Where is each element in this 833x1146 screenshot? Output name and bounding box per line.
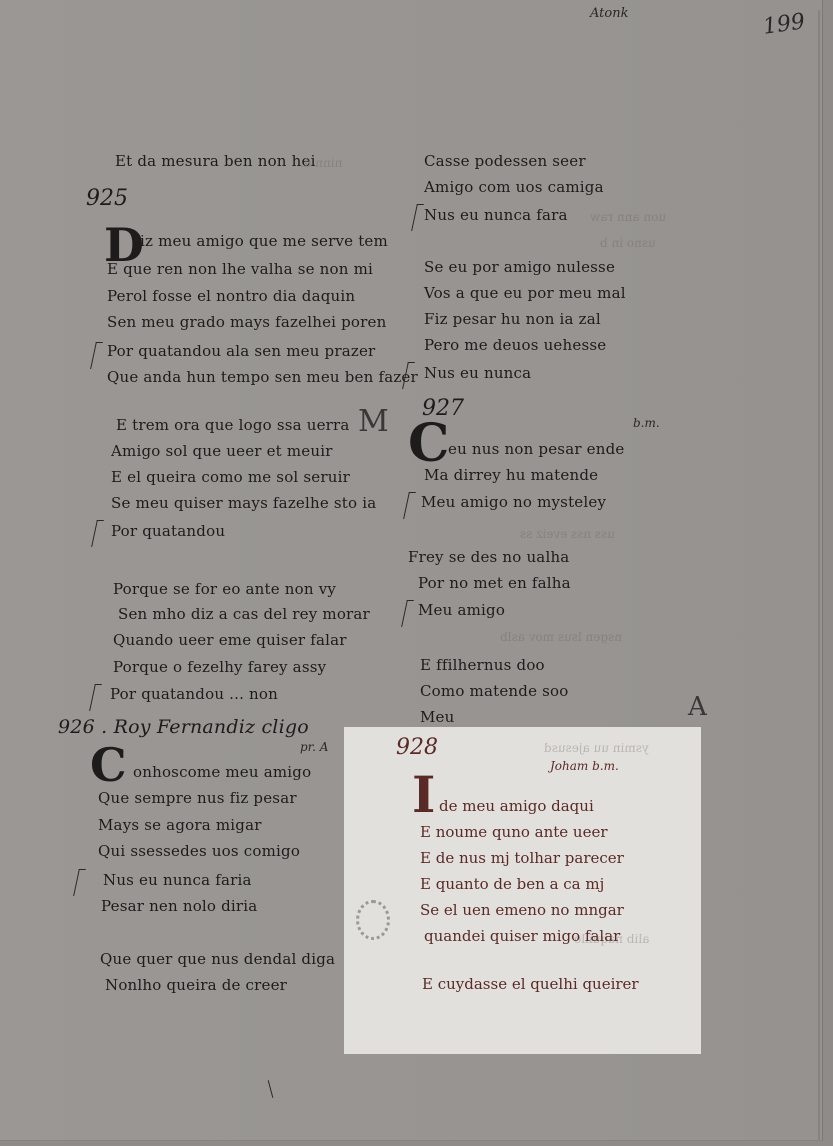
verse-line: Perol fosse el nontro dia daquin (107, 287, 355, 305)
verse-line: Nus eu nunca fara (424, 206, 568, 224)
margin-note: Joham b.m. (550, 759, 619, 773)
verse-line: Mays se agora migar (98, 816, 262, 834)
initial-letter-926: C (90, 742, 127, 788)
verse-line: Frey se des no ualha (408, 548, 569, 566)
verse-line: Que sempre nus fiz pesar (98, 789, 297, 807)
refrain-bracket (91, 520, 104, 547)
verse-line: E noume quno ante ueer (420, 823, 608, 841)
verse-line: Fiz pesar hu non ia zal (424, 310, 601, 328)
verse-line: Meu (420, 708, 455, 726)
bleed-through-text: uon ann raw (590, 210, 666, 224)
verse-line: Meu amigo no mysteley (421, 493, 606, 511)
verse-line: E el queira como me sol seruir (111, 468, 350, 486)
verse-line: Que quer que nus dendal diga (100, 950, 335, 968)
left-top-line: Et da mesura ben non hei (115, 152, 316, 170)
verse-line: onhoscome meu amigo (133, 763, 311, 781)
verse-line: Por quatandou ala sen meu prazer (107, 342, 375, 360)
margin-letter-m: M (358, 404, 389, 439)
poem-number-928: 928 (396, 735, 438, 760)
verse-line: Nus eu nunca (424, 364, 531, 382)
verse-line: Se eu por amigo nulesse (424, 258, 615, 276)
verse-line: Porque o fezelhy farey assy (113, 658, 326, 676)
refrain-bracket (73, 869, 86, 896)
verse-line: Como matende soo (420, 682, 568, 700)
rubric-926: 926 . Roy Fernandiz cligo (58, 716, 309, 738)
verse-line: Pesar nen nolo diria (101, 897, 257, 915)
poem-number-925: 925 (86, 186, 128, 211)
verse-line: Meu amigo (418, 601, 505, 619)
initial-letter-927: C (408, 418, 449, 470)
verse-line: Ma dirrey hu matende (424, 466, 598, 484)
refrain-bracket (89, 684, 102, 711)
verse-line: E de nus mj tolhar parecer (420, 849, 624, 867)
refrain-bracket (411, 204, 424, 231)
highlighted-region: ysmin uu ajesusd alib naquillo 928 Joham… (344, 727, 701, 1054)
bleed-through-text: uss nss eveiz ss (520, 527, 615, 541)
verse-line: Amigo sol que ueer et meuir (111, 442, 333, 460)
bleed-through-text: ysmin uu ajesusd (544, 741, 649, 755)
margin-note: b.m. (633, 416, 660, 430)
manuscript-page: Atonk 199 Et da mesura ben non hei ninn … (0, 0, 823, 1141)
refrain-bracket (90, 342, 103, 369)
verse-line: E quanto de ben a ca mj (420, 875, 604, 893)
verse-line: Vos a que eu por meu mal (424, 284, 626, 302)
verse-line: Quando ueer eme quiser falar (113, 631, 347, 649)
refrain-bracket (401, 600, 414, 627)
bleed-through-text: usno in b (600, 236, 656, 250)
verse-line: Sen mho diz a cas del rey morar (118, 605, 370, 623)
verse-line: E que ren non lhe valha se non mi (107, 260, 373, 278)
verse-line: Nonlho queira de creer (105, 976, 287, 994)
initial-letter-928: I (412, 770, 435, 820)
bleed-through-text: nsgen lsus mov aslb (500, 630, 622, 644)
verse-line: Qui ssessedes uos comigo (98, 842, 300, 860)
ink-mark (268, 1080, 274, 1098)
verse-line: Se meu quiser mays fazelhe sto ia (111, 494, 376, 512)
verse-line: Por quatandou (111, 522, 225, 540)
verse-line: Pero me deuos uehesse (424, 336, 606, 354)
verse-line: E ffilhernus doo (420, 656, 545, 674)
verse-line: eu nus non pesar ende (448, 440, 625, 458)
shelf-mark: Atonk (590, 6, 628, 21)
verse-line-refrain: E cuydasse el quelhi queirer (422, 975, 639, 993)
verse-line: Sen meu grado mays fazelhei poren (107, 313, 386, 331)
verse-line: Amigo com uos camiga (424, 178, 604, 196)
verse-line: Se el uen emeno no mngar (420, 901, 624, 919)
verse-line: de meu amigo daqui (439, 797, 594, 815)
verse-line: Por no met en falha (418, 574, 571, 592)
verse-line: Casse podessen seer (424, 152, 586, 170)
folio-number: 199 (761, 9, 806, 40)
margin-letter-a: A (688, 692, 707, 722)
verse-line: E trem ora que logo ssa uerra (116, 416, 350, 434)
verse-line: Que anda hun tempo sen meu ben fazer (107, 368, 418, 386)
verse-line: Por quatandou ... non (110, 685, 278, 703)
verse-line: Nus eu nunca faria (103, 871, 252, 889)
margin-note: pr. A (300, 740, 328, 754)
verse-line: Porque se for eo ante non vy (113, 580, 336, 598)
verse-line: iz meu amigo que me serve tem (140, 232, 388, 250)
ink-stain-circle (356, 900, 390, 940)
bleed-through-text: ninn d. (300, 156, 342, 170)
page-edge (818, 10, 820, 1140)
verse-line: quandei quiser migo falar (424, 927, 620, 945)
refrain-bracket (403, 492, 416, 519)
